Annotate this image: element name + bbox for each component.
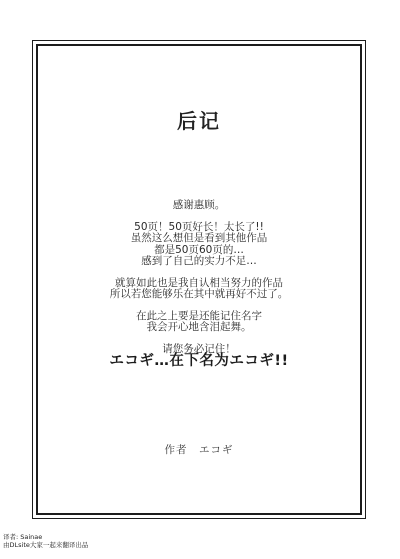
afterword-text: 感谢惠顾。 50页！50页好长！太长了!! 虽然这么想但是看到其他作品 都是50… [38,200,360,368]
text-line: 所以若您能够乐在其中就再好不过了。 [38,289,360,301]
paragraph-name: 请您务必记住！ エコギ…在下名为エコギ!! [38,344,360,368]
translator-credit: 译者: Sainae [3,533,88,541]
author-name-emphasis: エコギ…在下名为エコギ!! [38,356,360,368]
page-title: 后记 [38,46,360,134]
translation-credits: 译者: Sainae 由DLsite大家一起来翻译出品 [3,533,88,549]
production-credit: 由DLsite大家一起来翻译出品 [3,541,88,549]
text-line: 感到了自己的实力不足… [38,256,360,268]
paragraph-effort: 就算如此也是我自认相当努力的作品 所以若您能够乐在其中就再好不过了。 [38,278,360,301]
author-credit: 作者 エコギ [38,442,360,457]
paragraph-thanks: 感谢惠顾。 [38,200,360,212]
page-border-outer: 后记 感谢惠顾。 50页！50页好长！太长了!! 虽然这么想但是看到其他作品 都… [32,40,366,519]
page-border-inner: 后记 感谢惠顾。 50页！50页好长！太长了!! 虽然这么想但是看到其他作品 都… [36,44,362,515]
paragraph-remember: 在此之上要是还能记住名字 我会开心地含泪起舞。 [38,311,360,334]
text-line: 虽然这么想但是看到其他作品 [38,233,360,245]
afterword-page: 后记 感谢惠顾。 50页！50页好长！太长了!! 虽然这么想但是看到其他作品 都… [0,0,400,559]
text-line: 我会开心地含泪起舞。 [38,322,360,334]
paragraph-pages: 50页！50页好长！太长了!! 虽然这么想但是看到其他作品 都是50页60页的…… [38,222,360,268]
text-line: 感谢惠顾。 [38,200,360,212]
